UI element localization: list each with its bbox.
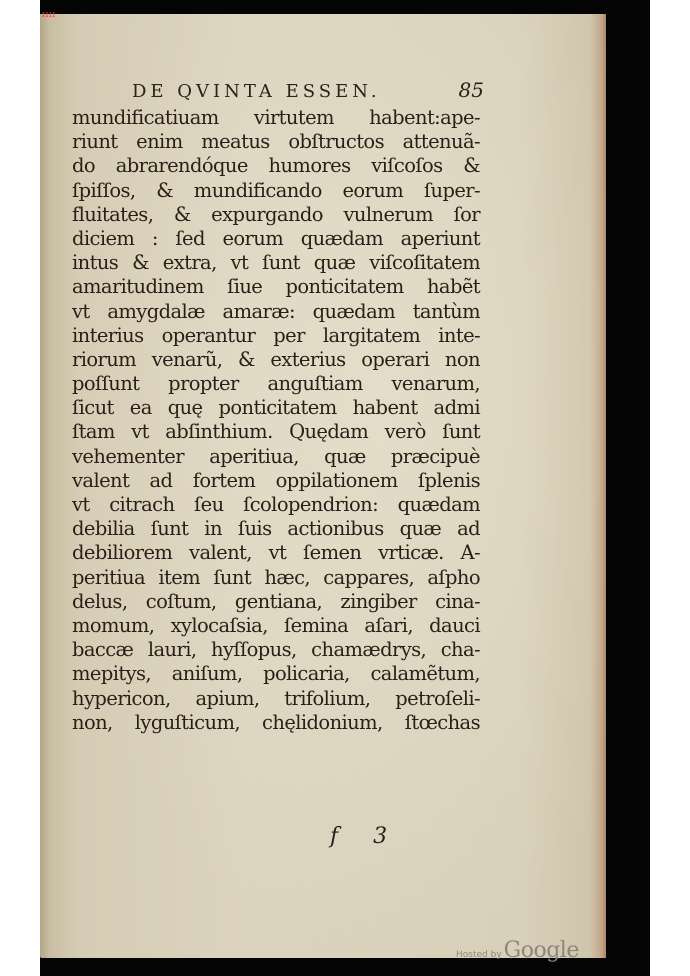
text-line: valent ad fortem oppilationem ſplenis	[72, 469, 480, 493]
text-line: vehementer aperitiua, quæ præcipuè	[72, 445, 480, 469]
text-line: ſtam vt abſinthium. Quędam verò ſunt	[72, 420, 480, 444]
text-line: mepitys, aniſum, policaria, calamẽtum,	[72, 662, 480, 686]
text-line: fluitates, & expurgando vulnerum ſor	[72, 203, 480, 227]
google-watermark: Hosted by Google	[456, 938, 579, 963]
text-line: hypericon, apium, trifolium, petroſeli-	[72, 687, 480, 711]
text-line: riorum venarũ, & exterius operari non	[72, 348, 480, 372]
text-line: ſpiſſos, & mundificando eorum ſuper-	[72, 179, 480, 203]
text-line: vt citrach ſeu ſcolopendrion: quædam	[72, 493, 480, 517]
text-line: poſſunt propter anguſtiam venarum,	[72, 372, 480, 396]
text-line: mundificatiuam virtutem habent:ape-	[72, 106, 480, 130]
text-line: diciem : ſed eorum quædam aperiunt	[72, 227, 480, 251]
text-line: amaritudinem ſiue ponticitatem habẽt	[72, 275, 480, 299]
text-line: debiliorem valent, vt ſemen vrticæ. A-	[72, 541, 480, 565]
running-head: DE QVINTA ESSEN. 85	[132, 78, 484, 102]
body-text: mundificatiuam virtutem habent:ape- riun…	[72, 106, 480, 735]
text-line: peritiua item ſunt hæc, cappares, aſpho	[72, 566, 480, 590]
text-line: non, lyguſticum, chęlidonium, ſtœchas	[72, 711, 480, 735]
scan-corner-mark: ɪɪɪɪ	[42, 10, 56, 19]
text-line: intus & extra, vt ſunt quæ viſcoſitatem	[72, 251, 480, 275]
text-line: debilia ſunt in ſuis actionibus quæ ad	[72, 517, 480, 541]
signature-mark: f 3	[330, 824, 401, 849]
text-line: vt amygdalæ amaræ: quædam tantùm	[72, 300, 480, 324]
running-head-title: DE QVINTA ESSEN.	[132, 81, 381, 102]
text-line: interius operantur per largitatem inte-	[72, 324, 480, 348]
text-line: ſicut ea quę ponticitatem habent admi	[72, 396, 480, 420]
text-line: delus, coſtum, gentiana, zingiber cina-	[72, 590, 480, 614]
text-line: baccæ lauri, hyſſopus, chamædrys, cha-	[72, 638, 480, 662]
google-logo: Google	[504, 938, 579, 963]
text-line: riunt enim meatus obſtructos attenuã-	[72, 130, 480, 154]
watermark-prefix: Hosted by	[456, 950, 502, 960]
text-line: do abrarendóque humores viſcoſos &	[72, 154, 480, 178]
page-number: 85	[459, 78, 484, 102]
text-line: momum, xylocaſsia, ſemina aſari, dauci	[72, 614, 480, 638]
